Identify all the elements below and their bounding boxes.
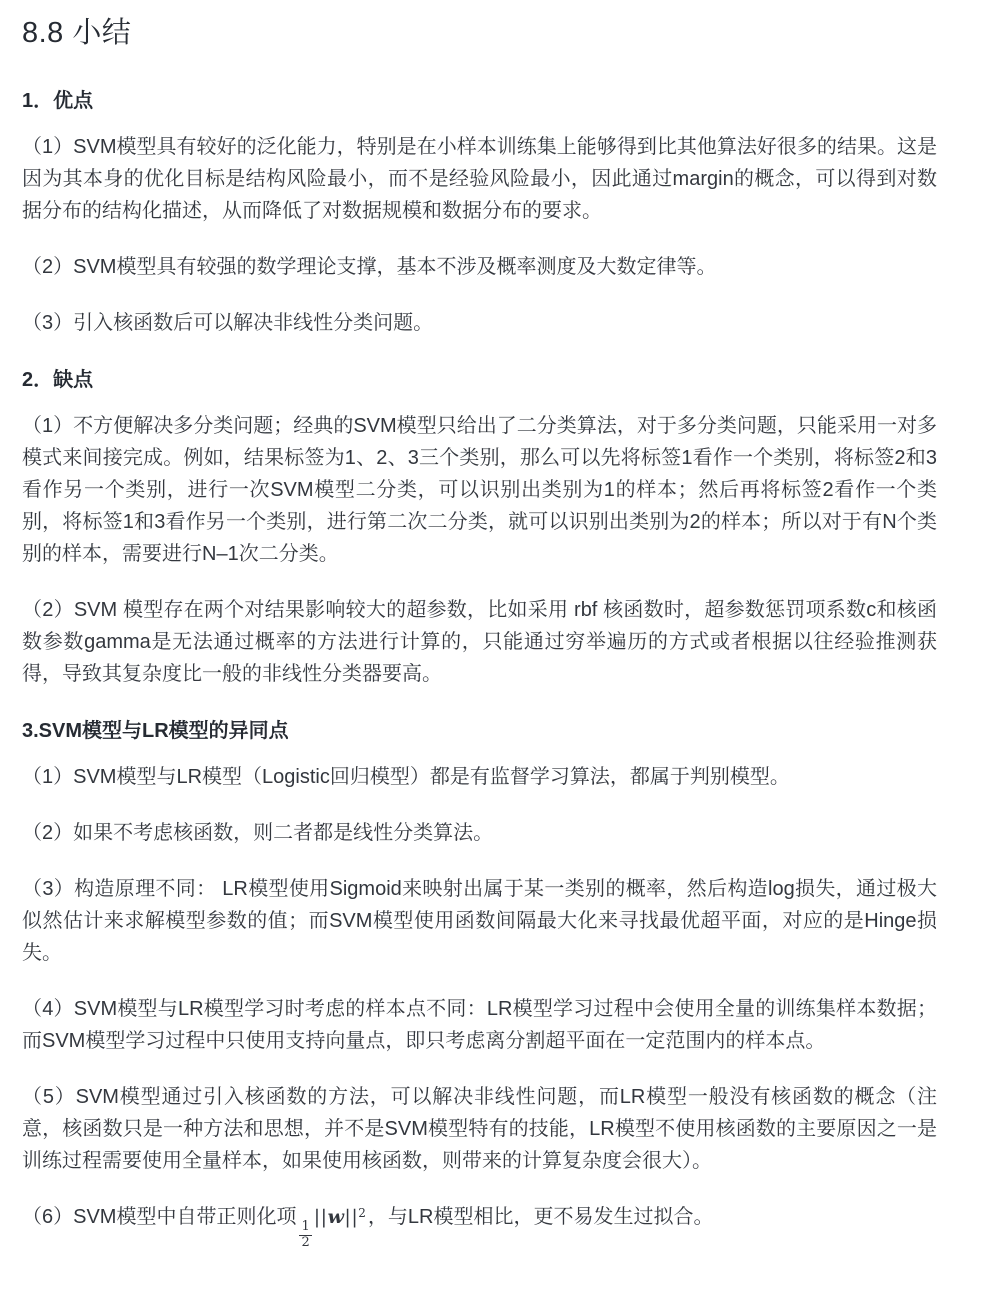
advantages-paragraph-2: （2）SVM模型具有较强的数学理论支撑，基本不涉及概率测度及大数定律等。 — [22, 251, 937, 283]
fraction-denominator: 2 — [301, 1236, 309, 1251]
svm-vs-lr-paragraph-2: （2）如果不考虑核函数，则二者都是线性分类算法。 — [22, 817, 937, 849]
document-page: 8.8 小结 1．优点 （1）SVM模型具有较好的泛化能力，特别是在小样本训练集… — [22, 14, 937, 1251]
svm-vs-lr-paragraph-1: （1）SVM模型与LR模型（Logistic回归模型）都是有监督学习算法，都属于… — [22, 761, 937, 793]
heading-disadvantages: 2．缺点 — [22, 367, 937, 394]
fraction-numerator: 1 — [299, 1220, 311, 1236]
heading-advantages: 1．优点 — [22, 88, 937, 115]
norm-close-bars: || — [344, 1206, 358, 1228]
disadvantages-paragraph-1: （1）不方便解决多分类问题；经典的SVM模型只给出了二分类算法，对于多分类问题，… — [22, 410, 937, 570]
svm-vs-lr-paragraph-4: （4）SVM模型与LR模型学习时考虑的样本点不同：LR模型学习过程中会使用全量的… — [22, 993, 937, 1057]
weight-vector-symbol: w — [328, 1206, 345, 1228]
formula-text-before: （6）SVM模型中自带正则化项 — [22, 1206, 296, 1228]
page-title: 8.8 小结 — [22, 14, 937, 52]
norm-exponent: 2 — [358, 1206, 366, 1220]
svm-vs-lr-paragraph-3: （3）构造原理不同： LR模型使用Sigmoid来映射出属于某一类别的概率，然后… — [22, 873, 937, 969]
weight-norm-expression: ||w||2 — [314, 1206, 366, 1228]
advantages-paragraph-3: （3）引入核函数后可以解决非线性分类问题。 — [22, 307, 937, 339]
one-half-fraction: 12 — [299, 1220, 311, 1251]
norm-open-bars: || — [314, 1206, 328, 1228]
svm-vs-lr-paragraph-5: （5）SVM模型通过引入核函数的方法，可以解决非线性问题，而LR模型一般没有核函… — [22, 1081, 937, 1177]
svm-vs-lr-paragraph-6-regularization: （6）SVM模型中自带正则化项12||w||2，与LR模型相比，更不易发生过拟合… — [22, 1201, 937, 1251]
advantages-paragraph-1: （1）SVM模型具有较好的泛化能力，特别是在小样本训练集上能够得到比其他算法好很… — [22, 131, 937, 227]
heading-svm-vs-lr: 3.SVM模型与LR模型的异同点 — [22, 718, 937, 745]
disadvantages-paragraph-2: （2）SVM 模型存在两个对结果影响较大的超参数，比如采用 rbf 核函数时，超… — [22, 594, 937, 690]
formula-text-after: ，与LR模型相比，更不易发生过拟合。 — [368, 1206, 714, 1228]
